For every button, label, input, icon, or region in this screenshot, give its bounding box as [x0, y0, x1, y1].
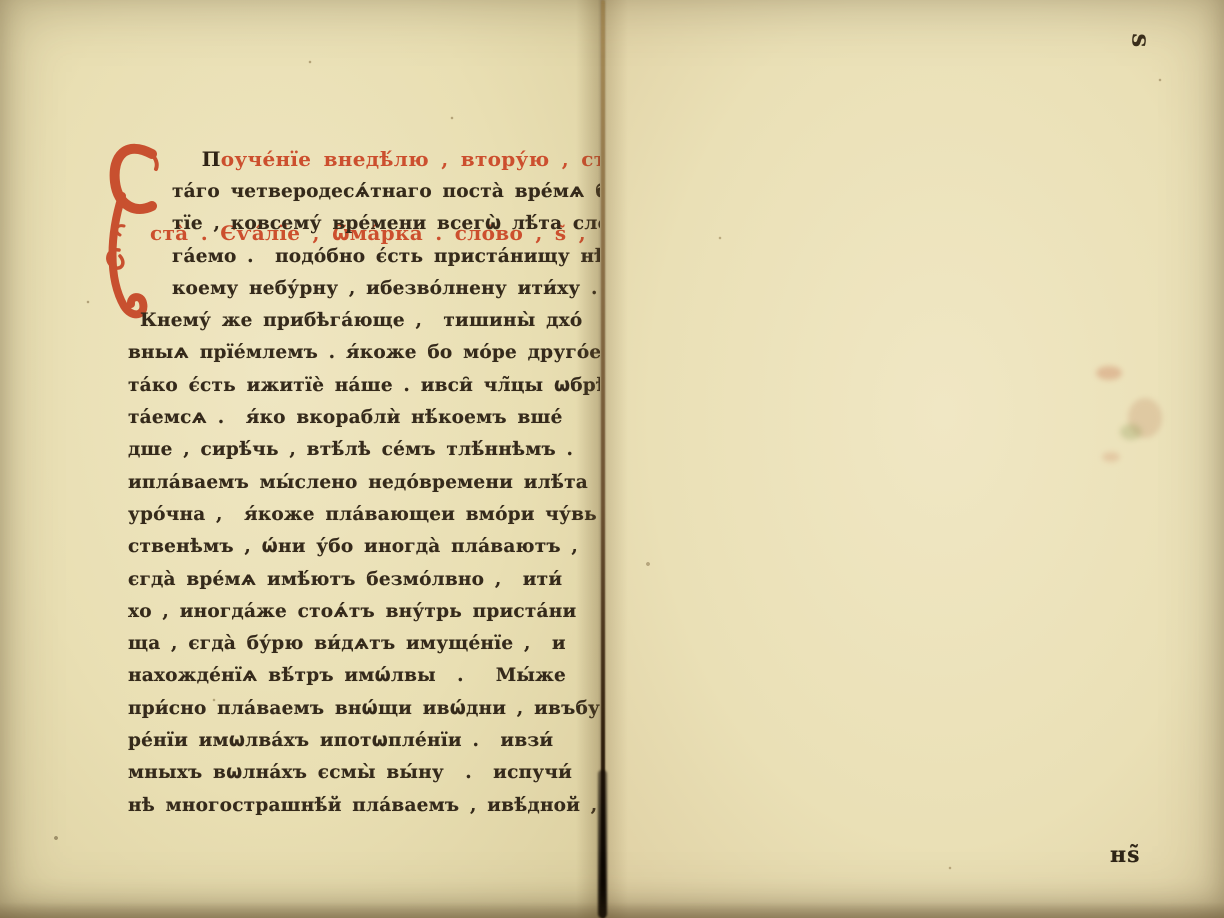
- text-line: єгда̀ вре́мѧ имѣ́ютъ безмо́лвно , ити́: [128, 564, 633, 596]
- text-line: ственѣмъ , ѡ́ни у́бо иногда̀ пла́ваютъ ,: [128, 531, 633, 563]
- text-line: га́емо . подо́бно є́сть приста́нищу нѣ́: [172, 241, 633, 273]
- left-page: Поуче́нїе внедѣ́лю , втору́ю , ста́го по…: [0, 0, 600, 918]
- text-line: нѣ многострашнѣ́й пла́ваемъ , ивѣ́дной ,: [128, 790, 633, 822]
- text-line: ща , єгда̀ бу́рю ви́дѧтъ имуще́нїе , и: [128, 628, 633, 660]
- left-page-text: та́го четверодесѧ́тнаго поста̀ вре́мѧ бр…: [128, 176, 633, 822]
- book-spread: Поуче́нїе внедѣ́лю , втору́ю , ста́го по…: [0, 0, 1224, 918]
- text-line: тїе , ковсему́ вре́мени всегѡ̀ лѣ́та сло…: [172, 208, 633, 240]
- text-line: дше , сирѣ́чь , втѣ́лѣ се́мъ тлѣ́ннѣмъ .: [128, 434, 633, 466]
- text-line: нахожде́нїѧ вѣ́тръ имѡ́лвы . Мы́же: [128, 660, 633, 692]
- text-line: вныѧ прїе́млемъ . я́коже бо мо́ре друго́…: [128, 337, 633, 369]
- text-line: ре́нїи имѡлва́хъ ипотѡпле́нїи . ивзи́: [128, 725, 633, 757]
- text-line: та́ко є́сть ижитїѐ на́ше . ивси̑ чл̃цы ѡ…: [128, 370, 633, 402]
- text-line: ипла́ваемъ мы́слено недо́времени илѣ́та: [128, 467, 633, 499]
- text-line: коему небу́рну , ибезво́лнену ити́ху .: [172, 273, 633, 305]
- text-line: хо , иногда́же стоѧ́тъ вну́трь приста́ни: [128, 596, 633, 628]
- text-line: мныхъ вѡлна́хъ єсмы̀ вы́ну . испучи́: [128, 757, 633, 789]
- text-line: та́емсѧ . я́ко вкораблѝ нѣ́коемъ вше́: [128, 402, 633, 434]
- text-line: та́го четверодесѧ́тнаго поста̀ вре́мѧ бр…: [172, 176, 633, 208]
- text-line: уро́чна , я́коже пла́вающеи вмо́ри чу́вь: [128, 499, 633, 531]
- quire-signature: ѕ: [1126, 33, 1155, 48]
- heading-initial-letter: П: [202, 147, 221, 171]
- text-line: при́сно пла́ваемъ внѡ́щи ивѡ́дни , ивъбу: [128, 693, 633, 725]
- right-page: излонапа́стной . но̀ иѕѣло̀ до́лгостной …: [600, 0, 1224, 918]
- folio-number: нѕ̃: [1110, 842, 1141, 868]
- text-line: Кнему́ же прибѣга́юще , тишины̀ дхо́: [140, 305, 633, 337]
